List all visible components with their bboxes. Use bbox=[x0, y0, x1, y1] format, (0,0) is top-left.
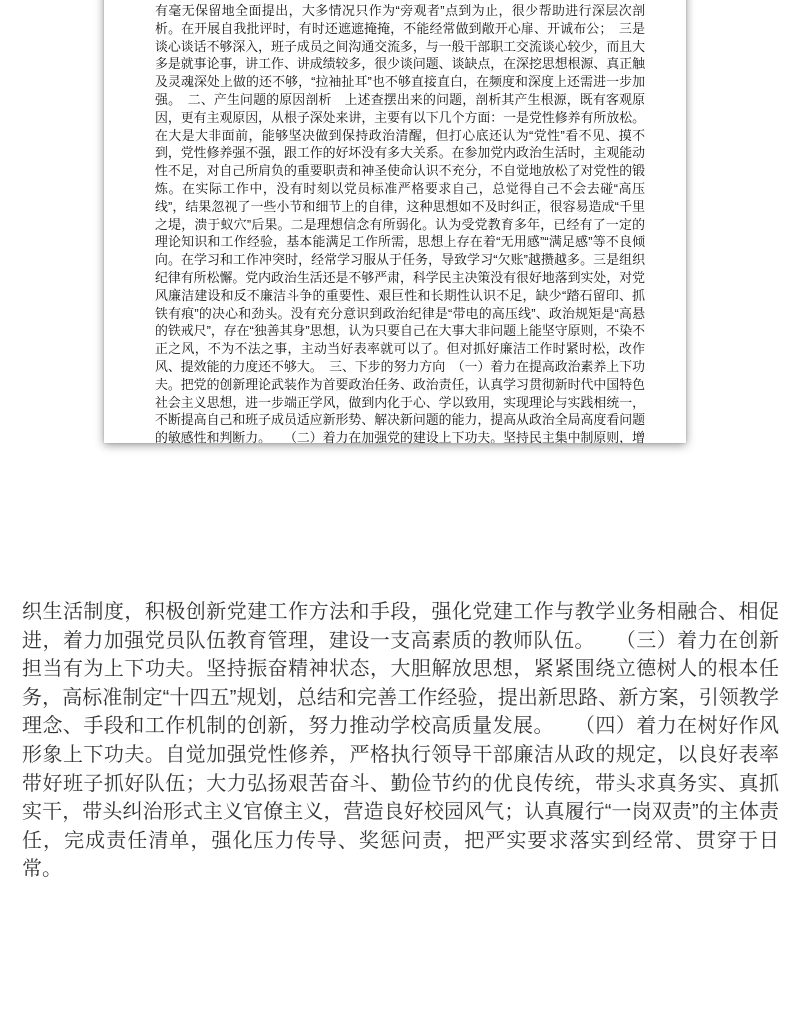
document-page-preview: 有毫无保留地全面提出，大多情况只作为“旁观者”点到为止，很少帮助进行深层次剖析。… bbox=[104, 0, 686, 443]
article-body: 织生活制度，积极创新党建工作方法和手段，强化党建工作与教学业务相融合、相促进，着… bbox=[22, 598, 779, 884]
document-page-preview-text: 有毫无保留地全面提出，大多情况只作为“旁观者”点到为止，很少帮助进行深层次剖析。… bbox=[155, 2, 645, 443]
article-body-text: 织生活制度，积极创新党建工作方法和手段，强化党建工作与教学业务相融合、相促进，着… bbox=[22, 598, 779, 884]
